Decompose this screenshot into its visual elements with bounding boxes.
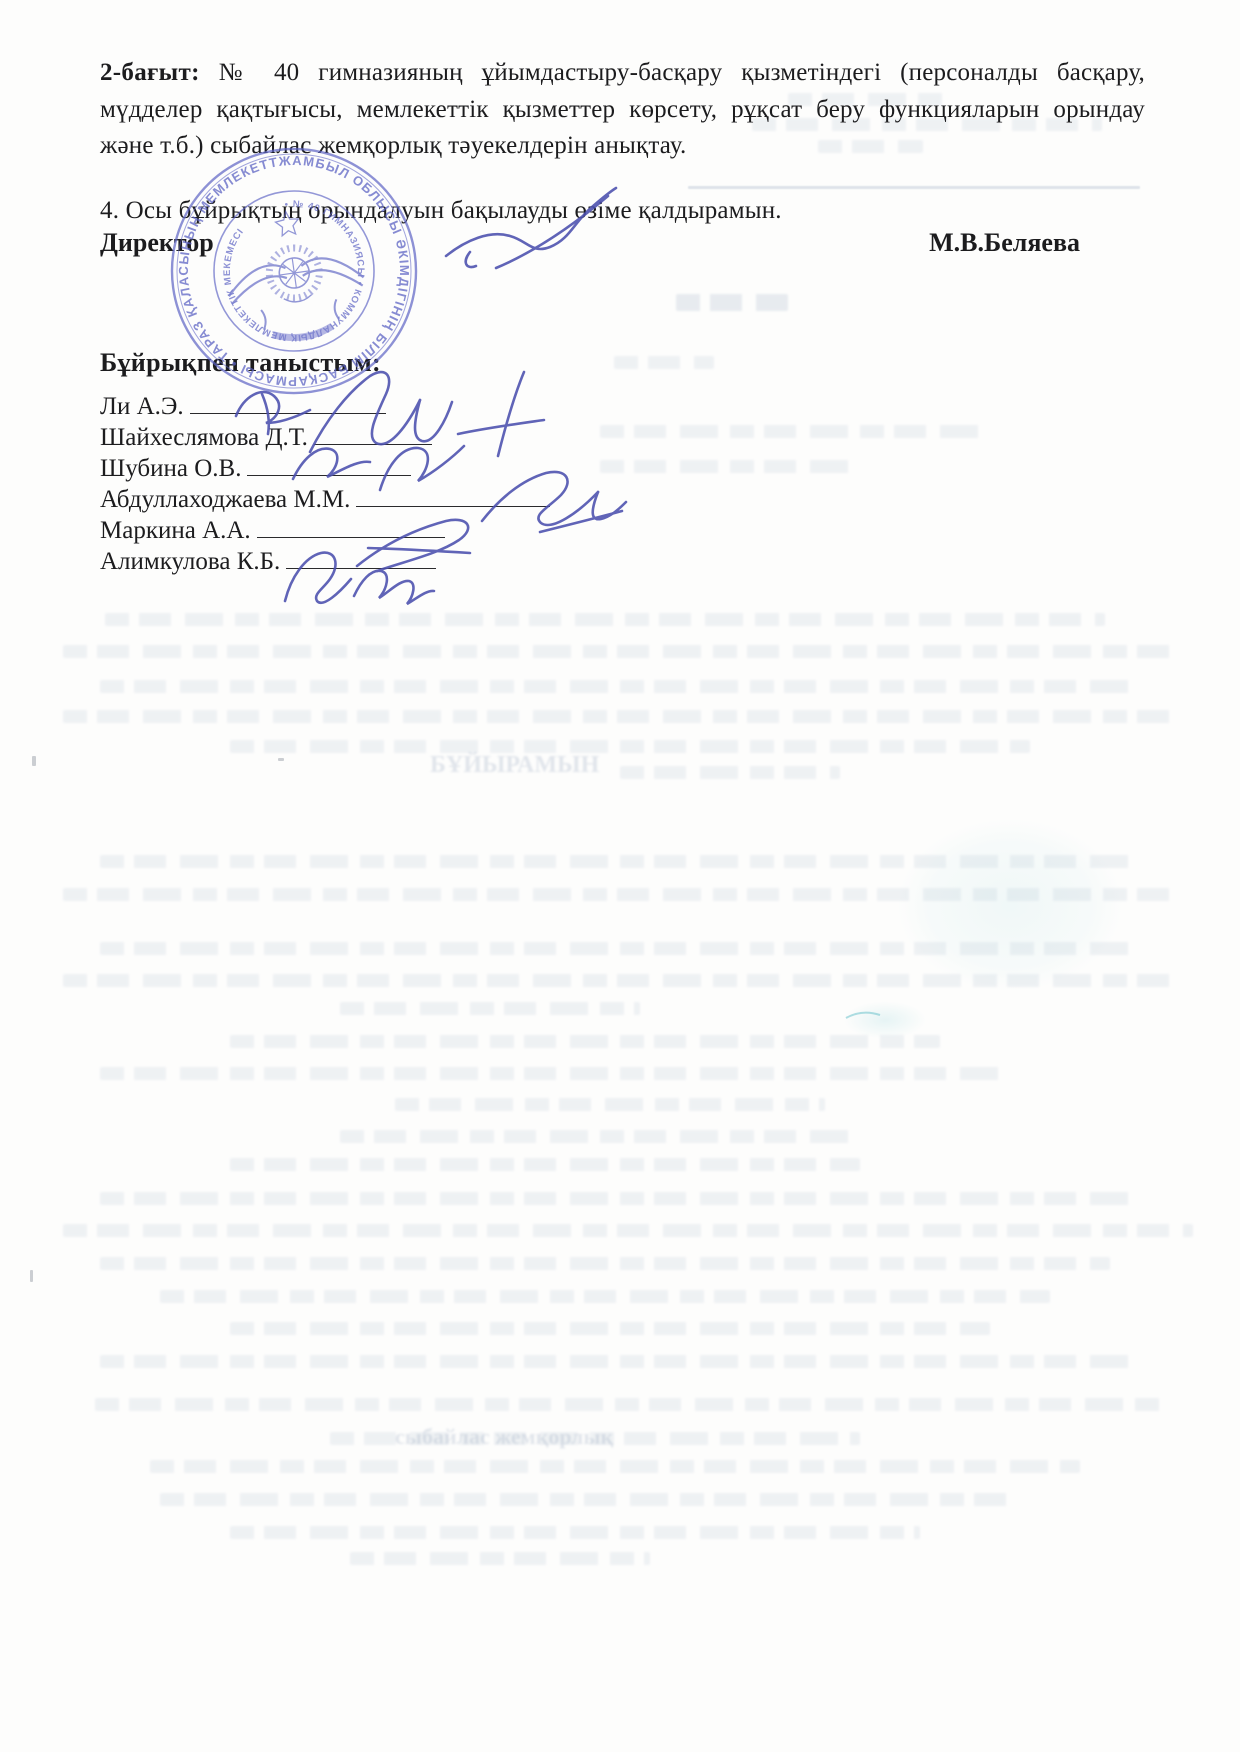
direction-label: 2-бағыт: [100, 59, 200, 86]
bleed-through-line [100, 942, 1140, 955]
bleed-through-line [230, 740, 1030, 753]
bleed-through-line [95, 1398, 1165, 1411]
bleed-through-line [230, 1526, 920, 1539]
bleed-through-line [330, 1432, 860, 1445]
svg-text:ЖАМБЫЛ ОБЛЫСЫ ӘКІМДІГІНІҢ БІЛІ: ЖАМБЫЛ ОБЛЫСЫ ӘКІМДІГІНІҢ БІЛІМ БАСҚАРМА… [152, 129, 428, 407]
bleed-through-fragment: БҰЙЫРАМЫН [430, 752, 599, 779]
scanned-document-page: БҰЙЫРАМЫНсыбайлас жемқорлық 2-бағыт: № 4… [0, 0, 1240, 1752]
bleed-through-line [100, 855, 1140, 868]
bleed-through-line [63, 974, 1183, 987]
bleed-through-line [100, 1192, 1140, 1205]
stamp-ring-outer-text: ЖАМБЫЛ ОБЛЫСЫ ӘКІМДІГІНІҢ БІЛІМ БАСҚАРМА… [152, 129, 428, 407]
signatory-row: Шайхеслямова Д.Т. [100, 424, 550, 455]
bleed-through-fragment: сыбайлас жемқорлық [395, 1424, 613, 1450]
bleed-through-line [350, 1552, 650, 1565]
bleed-through-line [160, 1290, 1050, 1303]
signatory-name: Шайхеслямова Д.Т. [100, 424, 308, 451]
director-name: М.В.Беляева [929, 228, 1080, 258]
signatory-name: Ли А.Э. [100, 393, 184, 420]
official-round-stamp: ЖАМБЫЛ ОБЛЫСЫ ӘКІМДІГІНІҢ БІЛІМ БАСҚАРМА… [152, 129, 437, 414]
bleed-through-line [230, 1158, 860, 1171]
signatory-name: Маркина А.А. [100, 517, 251, 544]
bleed-through-line [340, 1130, 850, 1143]
cyan-stain-small [830, 995, 940, 1045]
bleed-through-line [230, 1035, 940, 1048]
direction-text: № 40 гимназияның ұйымдастыру-басқару қыз… [100, 59, 1145, 159]
bleed-through-line [63, 710, 1183, 723]
signatory-row: Маркина А.А. [100, 517, 550, 548]
signatories-list: Ли А.Э. Шайхеслямова Д.Т. Шубина О.В. Аб… [100, 393, 550, 579]
bleed-through-line [614, 356, 714, 369]
signatory-name: Абдуллаходжаева М.М. [100, 486, 350, 513]
bleed-through-line [150, 1460, 1080, 1473]
bleed-through-line [63, 888, 1183, 901]
scan-speck [32, 756, 36, 766]
signatory-name: Шубина О.В. [100, 455, 241, 482]
signatory-row: Алимкулова К.Б. [100, 548, 550, 579]
signature-line [314, 424, 432, 445]
bleed-through-line [100, 1355, 1140, 1368]
bleed-through-line [395, 1098, 825, 1111]
bleed-through-line [100, 1067, 1000, 1080]
signatory-name: Алимкулова К.Б. [100, 548, 280, 575]
bleed-through-line [160, 1493, 1020, 1506]
bleed-through-line [688, 186, 1140, 189]
scan-speck [30, 1270, 33, 1282]
bleed-through-line [63, 1224, 1193, 1237]
bleed-through-line [600, 460, 860, 473]
signature-line [247, 455, 411, 476]
bleed-through-line [100, 1257, 1110, 1270]
cyan-stain [860, 790, 1160, 1020]
signatory-row: Ли А.Э. [100, 393, 550, 424]
signature-line [286, 548, 436, 569]
bleed-through-line [340, 1002, 640, 1015]
bleed-through-line [620, 766, 840, 779]
signature-line [356, 486, 550, 507]
signatory-row: Абдуллаходжаева М.М. [100, 486, 550, 517]
bleed-through-line [63, 645, 1183, 658]
scan-speck [278, 758, 284, 761]
bleed-through-line [230, 1322, 990, 1335]
bleed-through-line [676, 294, 788, 311]
signatory-row: Шубина О.В. [100, 455, 550, 486]
signature-line [257, 517, 445, 538]
bleed-through-line [105, 613, 1105, 626]
cyan-squiggle [846, 1013, 880, 1018]
bleed-through-line [600, 425, 990, 438]
bleed-through-line [100, 680, 1140, 693]
